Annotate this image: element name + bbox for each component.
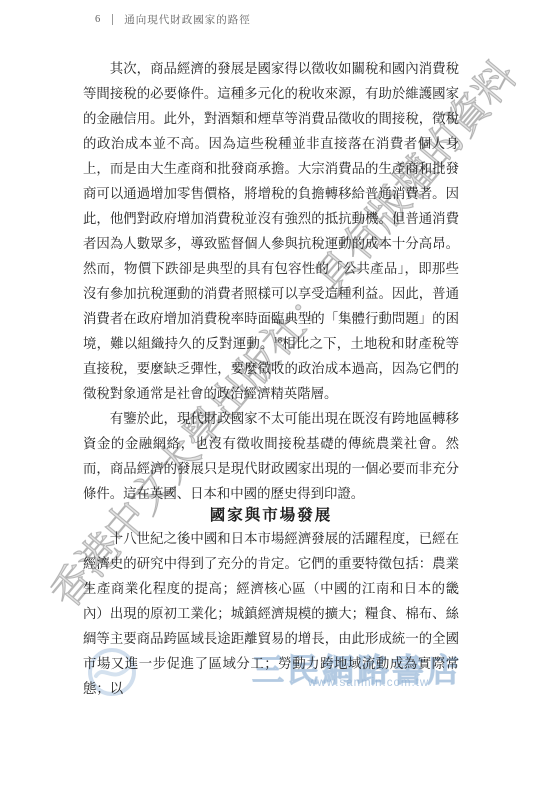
page-number: 6 <box>95 14 101 25</box>
paragraph-1: 其次，商品經濟的發展是國家得以徵收如關稅和國內消費稅等間接稅的必要條件。這種多元… <box>83 56 459 406</box>
paragraph-3: 十八世紀之後中國和日本市場經濟發展的活躍程度，已經在經濟史的研究中得到了充分的肯… <box>83 526 459 701</box>
section-heading: 國家與市場發展 <box>83 506 459 526</box>
paragraph-1-text-a: 其次，商品經濟的發展是國家得以徵收如關稅和國內消費稅等間接稅的必要條件。這種多元… <box>83 61 459 351</box>
book-page: 三民網路書店 www.sanmin.com.tw 香港中文大學出版社：具有版權的… <box>0 0 533 800</box>
paragraph-2: 有鑒於此，現代財政國家不太可能出現在既沒有跨地區轉移資金的金融網絡，也沒有徵收間… <box>83 406 459 506</box>
body-text: 其次，商品經濟的發展是國家得以徵收如關稅和國內消費稅等間接稅的必要條件。這種多元… <box>83 56 459 701</box>
running-head: 6 通向現代財政國家的路徑 <box>95 12 251 27</box>
footnote-marker-18: 18 <box>274 335 283 345</box>
header-divider <box>112 14 113 25</box>
running-head-title: 通向現代財政國家的路徑 <box>124 12 251 27</box>
